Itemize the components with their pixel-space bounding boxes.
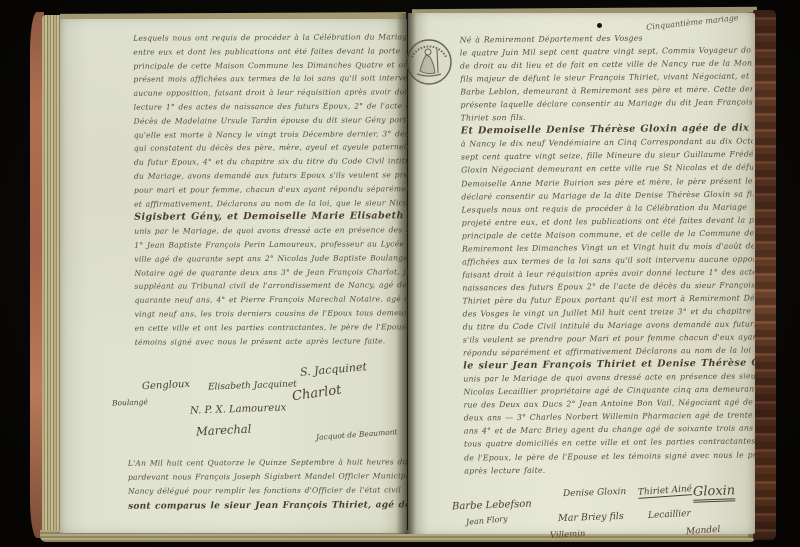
book-gutter-shadow xyxy=(396,13,416,534)
left-page: Lesquels nous ont requis de procéder à l… xyxy=(60,19,407,533)
signature: Marechal xyxy=(196,422,252,439)
manuscript-line: Nancy délégué pour remplir les fonctions… xyxy=(128,484,408,500)
manuscript-line: du futur Epoux, 4° et du chapitre six du… xyxy=(134,154,410,169)
manuscript-line: présent mois affichées aux termes de la … xyxy=(133,72,409,87)
manuscript-line: unis par le Mariage, de quoi avons dress… xyxy=(134,223,410,238)
manuscript-line: vingt neuf ans, les trois derniers cousi… xyxy=(135,306,411,321)
manuscript-line: pardevant nous François Joseph Sigisbert… xyxy=(128,469,408,485)
signature: Gloxin xyxy=(693,483,736,502)
right-page-text-block: Né à Remiremont Département des Vosgesle… xyxy=(460,30,757,477)
manuscript-line: témoins signé avec nous le présent acte … xyxy=(135,334,411,349)
signature: Gengloux xyxy=(142,379,191,392)
signature: N. P. X. Lamoureux xyxy=(190,402,287,416)
signature: Jacquot de Beaumont xyxy=(316,427,398,442)
manuscript-line: lecture 1° des actes de naissance des fu… xyxy=(134,99,410,114)
manuscript-line: Notaire agé de quarante deux ans 3° de J… xyxy=(134,265,410,280)
signature: Boulangé xyxy=(112,397,148,407)
open-register-book: Lesquels nous ont requis de procéder à l… xyxy=(0,0,800,547)
manuscript-line: ville agé de quarante sept ans 2° Nicola… xyxy=(134,251,410,266)
manuscript-line: suppléant au Tribunal civil de l'arrondi… xyxy=(134,279,410,294)
manuscript-line: après lecture faite. xyxy=(464,461,756,477)
leather-binding-edge xyxy=(753,10,776,540)
signature: Elisabeth Jacquinet xyxy=(208,379,297,392)
left-page-text-block: Lesquels nous ont requis de procéder à l… xyxy=(133,30,411,349)
manuscript-line: entre eux et dont les publications ont é… xyxy=(133,44,409,59)
manuscript-line: qu'elle est morte à Nancy le vingt trois… xyxy=(134,127,410,142)
signature: Lecaillier xyxy=(648,509,691,521)
manuscript-line: et affirmativement, Déclarons au nom de … xyxy=(134,196,410,211)
ink-blot xyxy=(597,23,602,28)
signature: Denise Gloxin xyxy=(563,487,627,499)
signature: Jean Flory xyxy=(466,514,508,527)
manuscript-line: quarante neuf ans, 4° et Pierre François… xyxy=(135,292,411,307)
signature: S. Jacquinet xyxy=(300,360,368,379)
manuscript-line: principale de cette Maison Commune les D… xyxy=(133,58,409,73)
signature: Mar Briey fils xyxy=(558,511,624,524)
act-number-label: Cinquantième mariage xyxy=(646,13,739,32)
manuscript-line: aucune opposition, faisant droit à leur … xyxy=(133,85,409,100)
signature: Villemin xyxy=(550,529,586,541)
manuscript-line: sont comparus le sieur Jean François Thi… xyxy=(128,498,408,514)
manuscript-line: en cette ville et ont les parties contra… xyxy=(135,320,411,335)
right-page: Cinquantième mariage Né à Remiremont Dép… xyxy=(408,13,755,534)
manuscript-line: qui constatent du décès des père, mère, … xyxy=(134,141,410,156)
manuscript-line: du Mariage, avons demandé aux futurs Epo… xyxy=(134,168,410,183)
manuscript-line: Décès de Madelaine Ursule Tardin épouse … xyxy=(134,113,410,128)
manuscript-line: Sigisbert Gény, et Demoiselle Marie Elis… xyxy=(134,210,410,225)
manuscript-line: pour mari et pour femme, chacun d'eux ay… xyxy=(134,182,410,197)
manuscript-line: 1° Jean Baptiste François Perin Lamoureu… xyxy=(134,237,410,252)
page-stack-edge-left xyxy=(42,15,62,536)
manuscript-line: L'An Mil huit cent Quatorze le Quinze Se… xyxy=(128,455,408,471)
manuscript-line: Lesquels nous ont requis de procéder à l… xyxy=(133,30,409,45)
left-page-closing-block: L'An Mil huit cent Quatorze le Quinze Se… xyxy=(128,455,408,513)
signature: Thiriet Ainé xyxy=(638,484,693,499)
signature: Charlot xyxy=(291,383,342,405)
signature: Barbe Lebefson xyxy=(452,499,532,513)
